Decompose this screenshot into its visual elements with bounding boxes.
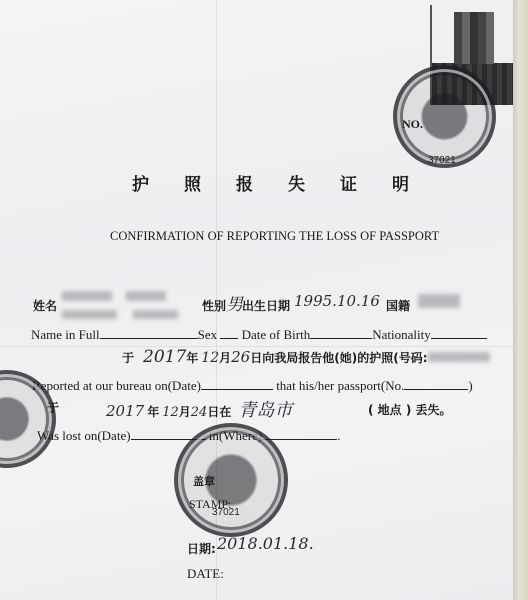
loss-date-zh: 2017 年 12月24日在 青岛市 — [106, 396, 292, 422]
dob-label-zh: 出生日期 — [242, 297, 290, 314]
report-day: 26 — [231, 348, 250, 366]
loss-place-suffix: ( 地点 ) 丢失。 — [368, 401, 452, 418]
blurred-face — [454, 12, 494, 64]
sex-value: 男 — [226, 290, 243, 315]
stamp-number-label: NO. — [402, 117, 423, 132]
report-month: 12 — [201, 350, 219, 366]
official-stamp-center — [174, 423, 288, 537]
nationality-label-zh: 国籍 — [386, 297, 410, 314]
nationality-label-en: Nationality — [372, 327, 431, 342]
loss-day: 24 — [191, 405, 208, 420]
sex-label-zh: 性别 — [202, 297, 226, 314]
loss-month: 12 — [162, 405, 179, 420]
loss-line-zh: 于 — [47, 399, 59, 416]
name-label-en: Name in FullSex Date of BirthNationality — [31, 326, 487, 343]
stamp-label-zh: 盖章 — [193, 473, 215, 489]
report-line-zh: 于 2017年 12月26日向我局报告他(她)的护照(号码: — [122, 347, 490, 367]
name-value — [62, 288, 178, 324]
date-label-zh: 日期: — [187, 540, 216, 557]
report-line-en: Reported at our bureau on(Date) that his… — [32, 377, 473, 394]
passport-number-value — [428, 352, 490, 362]
loss-year: 2017 — [106, 402, 144, 420]
stamp-code: 37021 — [428, 155, 456, 166]
dob-label-en: Date of Birth — [242, 327, 311, 342]
document-page: NO. 37021 护照报失证明 CONFIRMATION OF REPORTI… — [0, 0, 513, 600]
date-value: 2018.01.18. — [217, 534, 314, 553]
document-title-en: CONFIRMATION OF REPORTING THE LOSS OF PA… — [110, 229, 439, 244]
sex-label-en: Sex — [198, 327, 218, 342]
nationality-value — [418, 294, 460, 313]
report-year: 2017 — [143, 347, 186, 367]
document-title-zh: 护照报失证明 — [132, 170, 444, 195]
date-label-en: DATE: — [187, 566, 224, 582]
dob-value: 1995.10.16 — [294, 292, 380, 310]
loss-place: 青岛市 — [238, 400, 292, 421]
name-label-zh: 姓名 — [33, 297, 57, 314]
paper-edge — [513, 0, 528, 600]
stamp-code-center: 37021 — [212, 507, 240, 518]
